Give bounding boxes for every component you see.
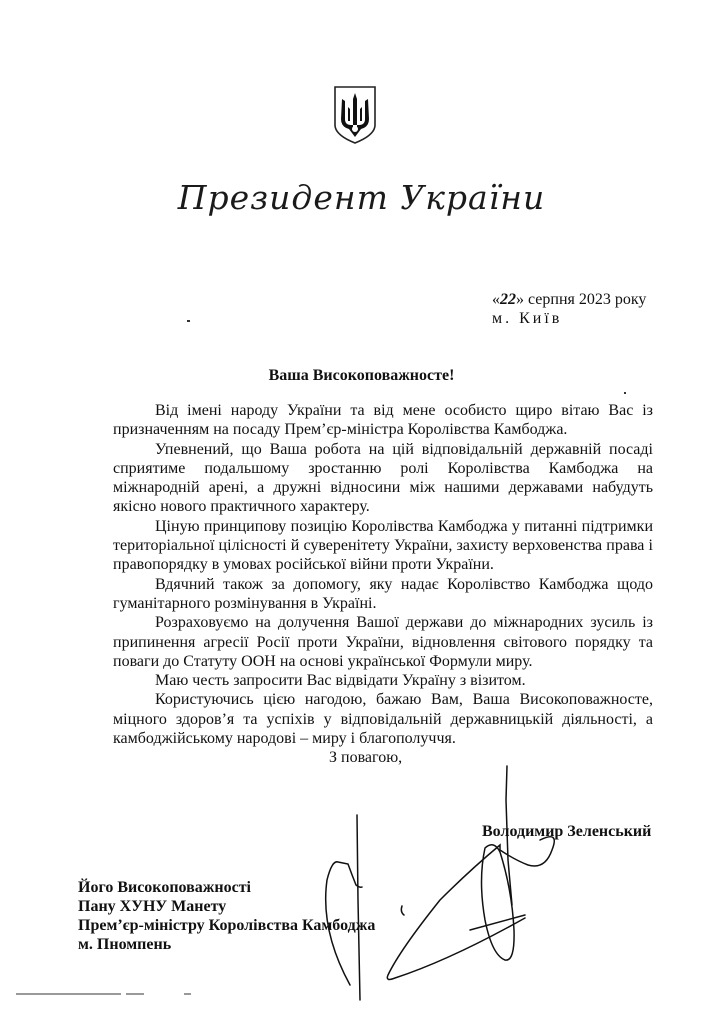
recipient-line: Пану ХУНУ Манету: [78, 897, 375, 916]
paragraph: Розраховуємо на долучення Вашої держави …: [113, 613, 653, 671]
recipient-block: Його Високоповажності Пану ХУНУ Манету П…: [78, 878, 375, 954]
trident-coat-of-arms-icon: [333, 85, 377, 145]
letter-body: Від імені народу України та від мене осо…: [113, 401, 653, 748]
date-rest: серпня 2023 року: [524, 291, 646, 308]
date-day: 22: [500, 291, 516, 308]
letter-city: м. Київ: [492, 309, 646, 328]
paragraph: Вдячний також за допомогу, яку надає Кор…: [113, 575, 653, 614]
paragraph: Упевнений, що Ваша робота на цій відпові…: [113, 440, 653, 517]
quote-open: «: [492, 291, 500, 308]
letter-page: Президент України «22» серпня 2023 року …: [0, 0, 723, 1024]
scan-speck: [624, 392, 626, 394]
recipient-line: Його Високоповажності: [78, 878, 375, 897]
date-block: «22» серпня 2023 року м. Київ: [492, 290, 646, 328]
scan-speck: [187, 320, 190, 322]
quote-close: »: [516, 291, 524, 308]
salutation: Ваша Високоповажносте!: [0, 367, 723, 385]
closing: З повагою,: [329, 749, 402, 767]
paragraph: Від імені народу України та від мене осо…: [113, 401, 653, 440]
recipient-line: Прем’єр-міністру Королівства Камбоджа: [78, 916, 375, 935]
paragraph: Ціную принципову позицію Королівства Кам…: [113, 517, 653, 575]
signer-name: Володимир Зеленський: [482, 823, 651, 841]
footer-rule: [16, 993, 191, 995]
recipient-line: м. Пномпень: [78, 935, 375, 954]
header-title: Президент України: [0, 178, 723, 217]
paragraph: Користуючись цією нагодою, бажаю Вам, Ва…: [113, 690, 653, 748]
paragraph: Маю честь запросити Вас відвідати Україн…: [113, 671, 653, 690]
letter-date: «22» серпня 2023 року: [492, 290, 646, 309]
